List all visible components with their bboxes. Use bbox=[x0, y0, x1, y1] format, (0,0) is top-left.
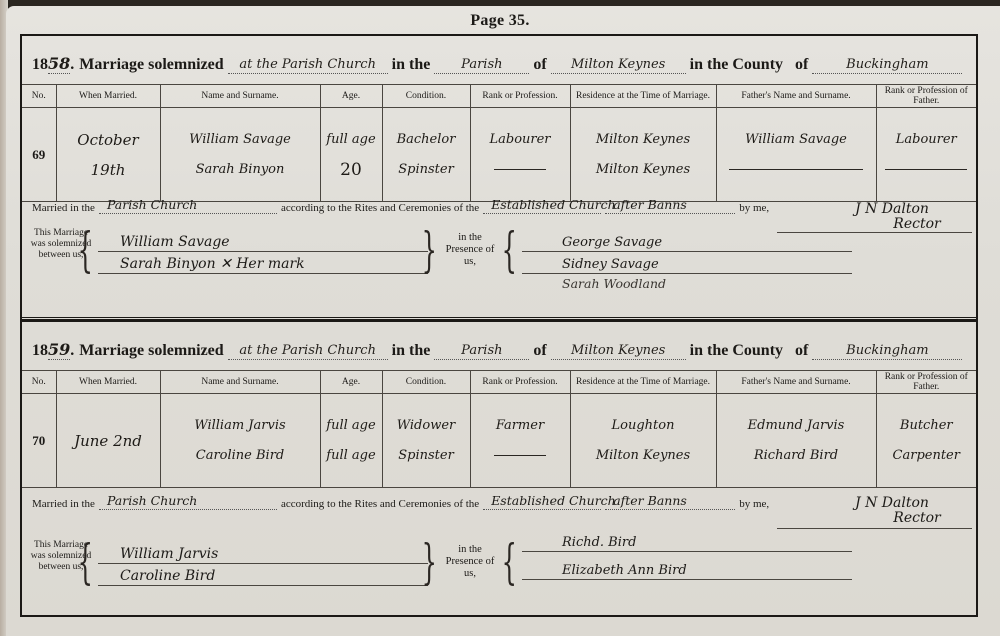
table-row: 70June 2ndWilliam JarvisCaroline Birdful… bbox=[22, 394, 976, 488]
column-header: Father's Name and Surname. bbox=[716, 371, 876, 394]
column-header: Rank or Profession. bbox=[470, 85, 570, 108]
year: 1859. bbox=[32, 340, 74, 360]
when-married-cell: June 2nd bbox=[56, 394, 160, 488]
parish-type-field: Parish bbox=[434, 343, 529, 360]
witness-signature: George Savage bbox=[522, 234, 852, 252]
entry-number: 69 bbox=[22, 108, 56, 202]
banns-field: after Banns bbox=[605, 197, 735, 214]
label-in-presence: in the Presence of us, bbox=[440, 232, 500, 268]
label-in-the: in the bbox=[392, 342, 431, 360]
officiant-signature: J N Dalton Rector bbox=[817, 202, 967, 232]
witness-signature: Richd. Bird bbox=[522, 534, 852, 552]
label-county-of: of bbox=[795, 56, 808, 74]
place-field: at the Parish Church bbox=[228, 343, 388, 360]
age-cell: full age20 bbox=[320, 108, 382, 202]
party-signature: William Jarvis bbox=[98, 544, 428, 564]
when-married-cell: October19th bbox=[56, 108, 160, 202]
column-header: When Married. bbox=[56, 85, 160, 108]
father-rank-cell: ButcherCarpenter bbox=[876, 394, 976, 488]
parish-name-field: Milton Keynes bbox=[551, 343, 686, 360]
label-county-of: of bbox=[795, 342, 808, 360]
brace-right: } bbox=[422, 538, 437, 586]
page-number: Page 35. bbox=[0, 12, 1000, 30]
brace-witness: { bbox=[502, 538, 517, 586]
column-header: Rank or Profession of Father. bbox=[876, 85, 976, 108]
label-according-to: according to the Rites and Ceremonies of… bbox=[281, 498, 479, 510]
residence-cell: Milton KeynesMilton Keynes bbox=[570, 108, 716, 202]
parish-type-field: Parish bbox=[434, 57, 529, 74]
party-signature: Caroline Bird bbox=[98, 566, 428, 586]
parish-name-field: Milton Keynes bbox=[551, 57, 686, 74]
entry-number: 70 bbox=[22, 394, 56, 488]
column-header: Father's Name and Surname. bbox=[716, 85, 876, 108]
label-in-the: in the bbox=[392, 56, 431, 74]
column-header: Residence at the Time of Marriage. bbox=[570, 371, 716, 394]
column-header: When Married. bbox=[56, 371, 160, 394]
column-header: Age. bbox=[320, 371, 382, 394]
column-header: Name and Surname. bbox=[160, 371, 320, 394]
condition-cell: WidowerSpinster bbox=[382, 394, 470, 488]
column-headers: No.When Married.Name and Surname.Age.Con… bbox=[22, 371, 976, 394]
officiant-signature-line bbox=[777, 528, 972, 529]
married-in-field: Parish Church bbox=[99, 197, 277, 214]
marriage-entry: 1859. Marriage solemnized at the Parish … bbox=[20, 320, 978, 617]
table-row: 69October19thWilliam SavageSarah Binyonf… bbox=[22, 108, 976, 202]
rank-cell: Labourer bbox=[470, 108, 570, 202]
label-marriage-solemnized: Marriage solemnized bbox=[79, 342, 223, 360]
witness-signature: Elizabeth Ann Bird bbox=[522, 562, 852, 580]
party-signature: Sarah Binyon ✕ Her mark bbox=[98, 254, 428, 274]
column-header: Rank or Profession of Father. bbox=[876, 371, 976, 394]
banns-field: after Banns bbox=[605, 493, 735, 510]
officiant-signature: J N Dalton Rector bbox=[817, 496, 967, 526]
column-header: Name and Surname. bbox=[160, 85, 320, 108]
rank-cell: Farmer bbox=[470, 394, 570, 488]
rites-field: Established Church bbox=[483, 493, 601, 510]
column-header: No. bbox=[22, 85, 56, 108]
label-according-to: according to the Rites and Ceremonies of… bbox=[281, 202, 479, 214]
witness-signature: Sidney Savage bbox=[522, 256, 852, 274]
label-in-the-county: in the County bbox=[690, 342, 783, 360]
father-name-cell: William Savage bbox=[716, 108, 876, 202]
label-of: of bbox=[533, 342, 546, 360]
entry-heading: 1859. Marriage solemnized at the Parish … bbox=[32, 332, 972, 360]
father-rank-cell: Labourer bbox=[876, 108, 976, 202]
label-married-in: Married in the bbox=[32, 202, 95, 214]
father-name-cell: Edmund JarvisRichard Bird bbox=[716, 394, 876, 488]
officiant-signature-line bbox=[777, 232, 972, 233]
label-marriage-solemnized: Marriage solemnized bbox=[79, 56, 223, 74]
column-header: No. bbox=[22, 371, 56, 394]
residence-cell: LoughtonMilton Keynes bbox=[570, 394, 716, 488]
rites-field: Established Church bbox=[483, 197, 601, 214]
brace-left: { bbox=[78, 538, 93, 586]
name-cell: William SavageSarah Binyon bbox=[160, 108, 320, 202]
label-of: of bbox=[533, 56, 546, 74]
marriage-entry: 1858. Marriage solemnized at the Parish … bbox=[20, 34, 978, 320]
column-header: Residence at the Time of Marriage. bbox=[570, 85, 716, 108]
year: 1858. bbox=[32, 54, 74, 74]
county-field: Buckingham bbox=[812, 343, 962, 360]
name-cell: William JarvisCaroline Bird bbox=[160, 394, 320, 488]
column-header: Age. bbox=[320, 85, 382, 108]
register-table: No.When Married.Name and Surname.Age.Con… bbox=[22, 370, 976, 488]
age-cell: full agefull age bbox=[320, 394, 382, 488]
label-in-presence: in the Presence of us, bbox=[440, 544, 500, 580]
entry-heading: 1858. Marriage solemnized at the Parish … bbox=[32, 46, 972, 74]
register-table: No.When Married.Name and Surname.Age.Con… bbox=[22, 84, 976, 202]
county-field: Buckingham bbox=[812, 57, 962, 74]
condition-cell: BachelorSpinster bbox=[382, 108, 470, 202]
place-field: at the Parish Church bbox=[228, 57, 388, 74]
column-header: Condition. bbox=[382, 371, 470, 394]
column-header: Rank or Profession. bbox=[470, 371, 570, 394]
label-by-me: by me, bbox=[739, 498, 769, 510]
label-by-me: by me, bbox=[739, 202, 769, 214]
brace-witness: { bbox=[502, 226, 517, 274]
extra-witness-signature: Sarah Woodland bbox=[562, 276, 666, 291]
label-in-the-county: in the County bbox=[690, 56, 783, 74]
column-headers: No.When Married.Name and Surname.Age.Con… bbox=[22, 85, 976, 108]
label-married-in: Married in the bbox=[32, 498, 95, 510]
column-header: Condition. bbox=[382, 85, 470, 108]
married-in-field: Parish Church bbox=[99, 493, 277, 510]
brace-left: { bbox=[78, 226, 93, 274]
brace-right: } bbox=[422, 226, 437, 274]
party-signature: William Savage bbox=[98, 232, 428, 252]
